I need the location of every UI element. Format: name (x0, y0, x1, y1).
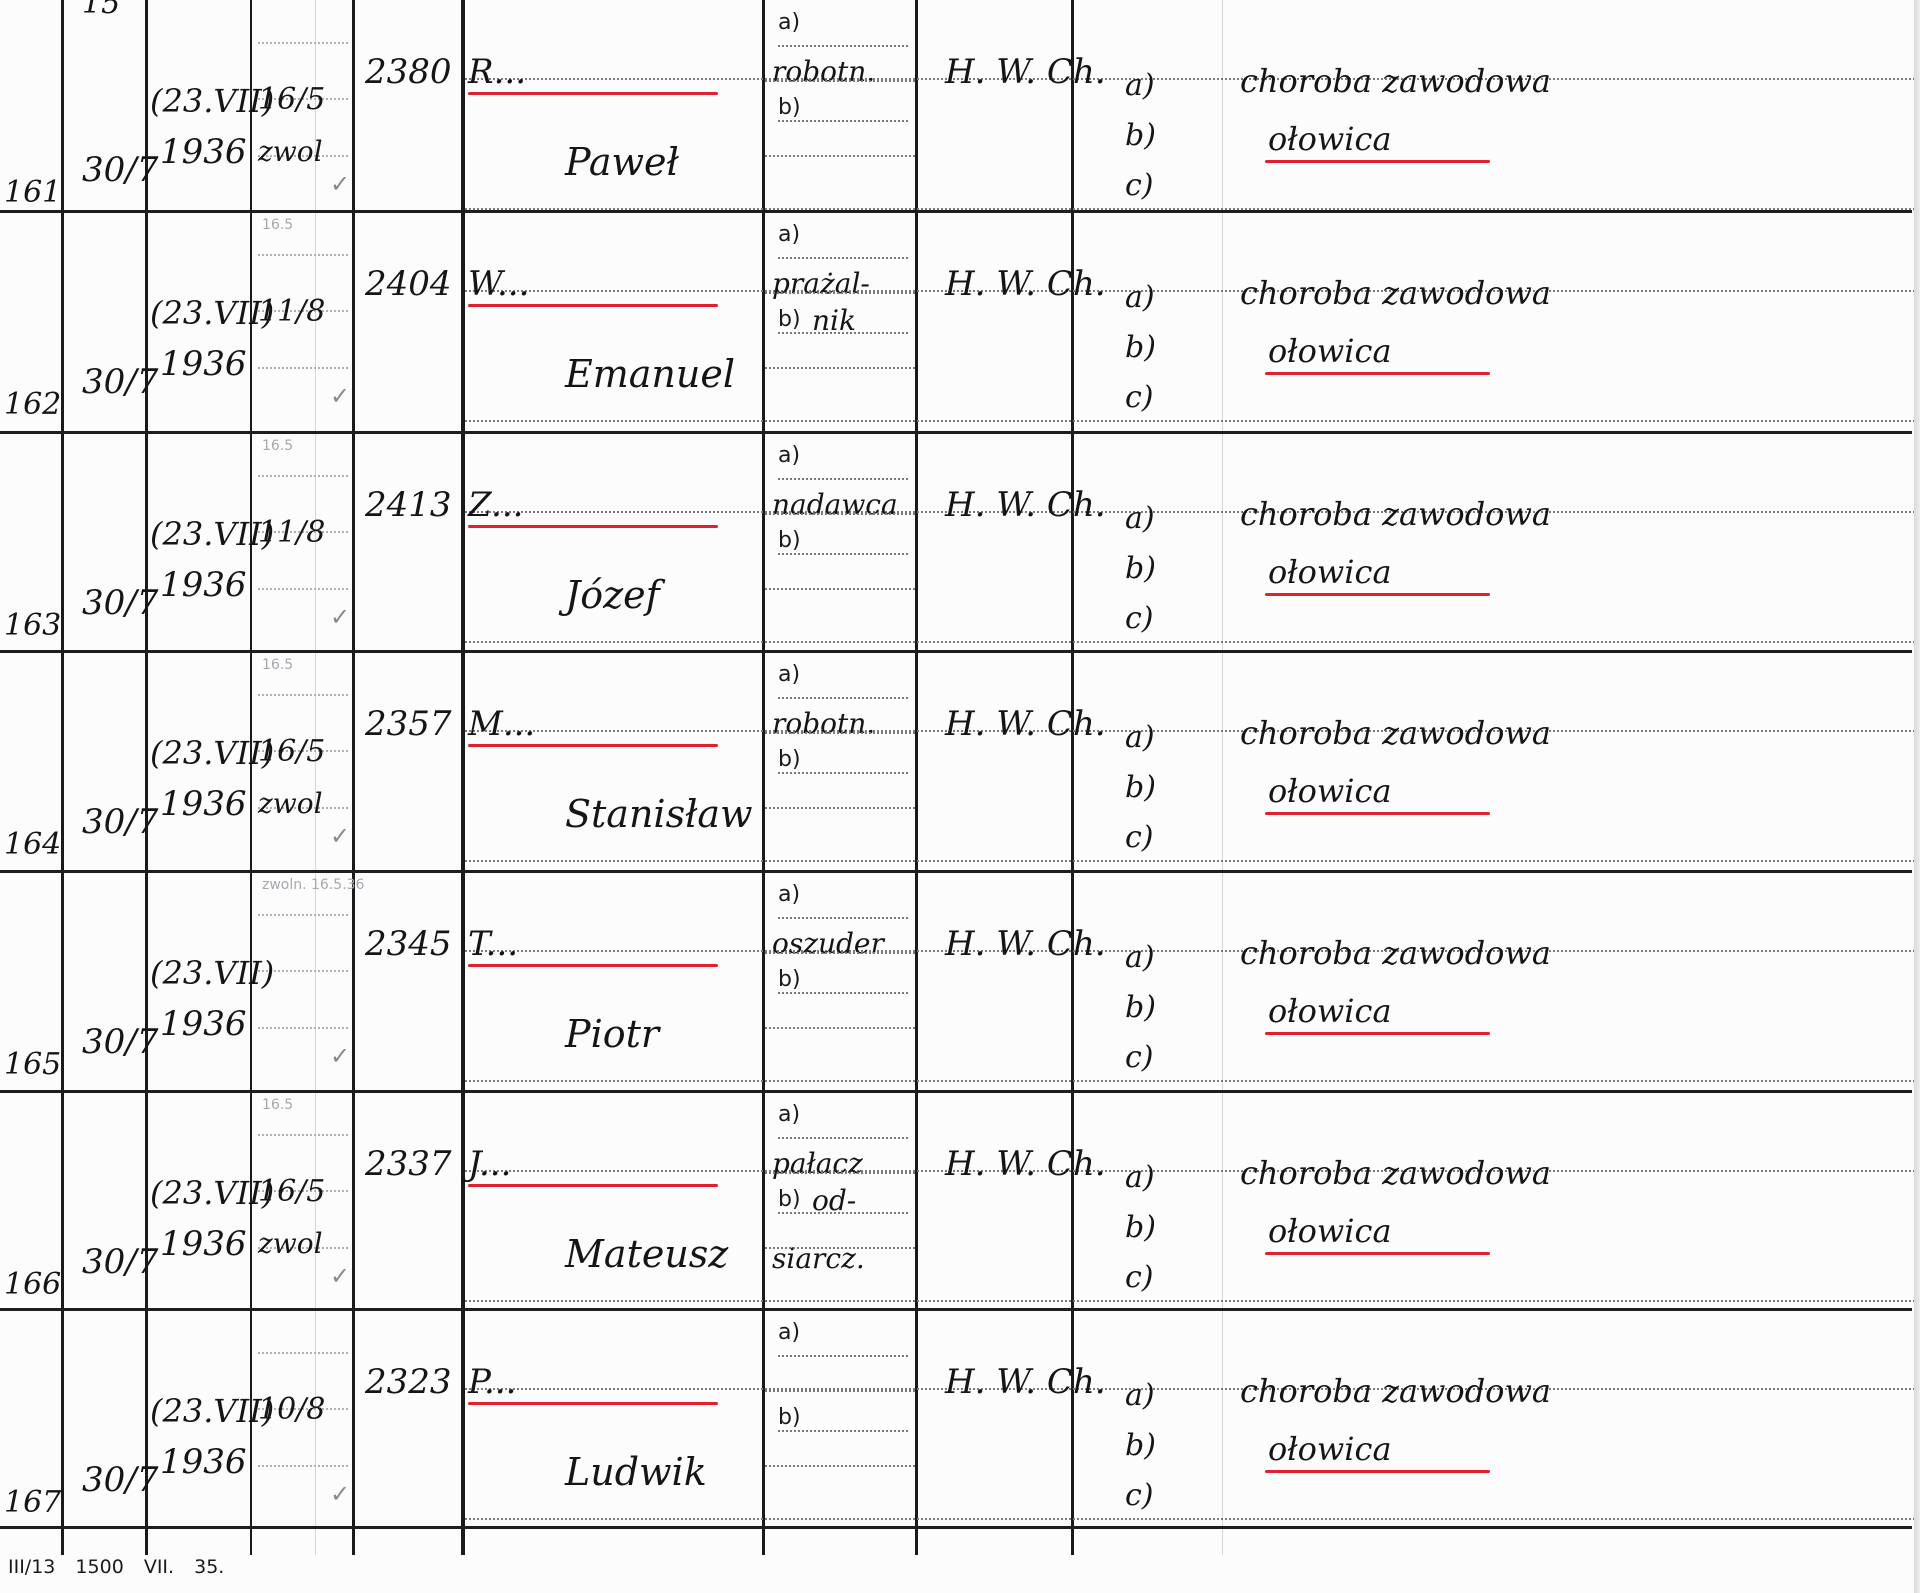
diagnosis-b: ołowica (1268, 1212, 1392, 1250)
surname-redacted: R... (468, 52, 526, 92)
surname-redacted: T... (468, 924, 518, 964)
page-edge (1914, 0, 1920, 1593)
occupation-label-b: b) (778, 967, 801, 992)
examiner-initials: H. W. Ch. (945, 704, 1106, 744)
outcome-date: 11/8 (258, 515, 325, 550)
diagnosis-a: choroba zawodowa (1240, 62, 1551, 100)
row-number: 165 (4, 1047, 61, 1082)
diagnosis-label-b: b) (1125, 551, 1156, 586)
diagnosis-label-a: a) (1125, 280, 1155, 315)
occupation-label-a: a) (778, 443, 800, 468)
dotted-guide (258, 914, 348, 916)
dotted-guide (778, 917, 908, 919)
date-note: (23.VII) (150, 515, 274, 553)
dotted-guide (778, 553, 908, 555)
form-footer-code: III/13 1500 VII. 35. (8, 1556, 224, 1578)
register-number: 2404 (365, 264, 452, 304)
dotted-guide (765, 1465, 915, 1467)
dotted-guide (778, 772, 908, 774)
diagnosis-b: ołowica (1268, 332, 1392, 370)
first-name: Mateusz (565, 1232, 728, 1276)
diagnosis-a: choroba zawodowa (1240, 274, 1551, 312)
occupation-label-a: a) (778, 662, 800, 687)
occupation-label-a: a) (778, 1320, 800, 1345)
diagnosis-label-b: b) (1125, 770, 1156, 805)
occupation: oszuder (772, 927, 884, 960)
red-underline (468, 525, 718, 528)
dotted-guide (778, 697, 908, 699)
surname-redacted: J... (468, 1144, 511, 1184)
date-note: (23.VII) (150, 1174, 274, 1212)
year: 1936 (160, 1004, 247, 1044)
outcome-note: zwol (258, 787, 323, 820)
dotted-guide (465, 1388, 1915, 1390)
diagnosis-a: choroba zawodowa (1240, 495, 1551, 533)
pencil-note: 16.5 (262, 1097, 293, 1113)
dotted-guide (465, 1170, 1915, 1172)
dotted-guide (778, 992, 908, 994)
occupation: nadawca (772, 488, 898, 521)
outcome-note: zwol (258, 1227, 323, 1260)
dotted-guide (465, 730, 1915, 732)
reported-date: 30/7 (82, 362, 158, 402)
check-mark-icon: ✓ (330, 822, 350, 850)
diagnosis-label-b: b) (1125, 118, 1156, 153)
diagnosis-label-a: a) (1125, 68, 1155, 103)
pencil-note: 16.5 (262, 217, 293, 233)
dotted-guide (258, 1465, 348, 1467)
diagnosis-label-c: c) (1125, 168, 1154, 203)
first-name: Ludwik (565, 1450, 707, 1494)
check-mark-icon: ✓ (330, 1480, 350, 1508)
dotted-guide (465, 420, 1915, 422)
dotted-guide (258, 588, 348, 590)
red-underline (468, 304, 718, 307)
register-row: 165 30/7 (23.VII) 1936 zwoln. 16.5.36 ✓ … (0, 872, 1914, 1092)
dotted-guide (465, 641, 1915, 643)
date-note: (23.VII) (150, 294, 274, 332)
first-name: Emanuel (565, 352, 735, 396)
register-row: 166 30/7 (23.VII) 1936 16.5 16/5 zwol ✓ … (0, 1092, 1914, 1310)
dotted-guide (778, 332, 908, 334)
register-page: 15 161 30/7 (23.VII) 1936 16/5 zwol ✓ 23… (0, 0, 1914, 1593)
date-note: (23.VII) (150, 954, 274, 992)
diagnosis-label-b: b) (1125, 1210, 1156, 1245)
dotted-guide (465, 1300, 1915, 1302)
diagnosis-label-a: a) (1125, 940, 1155, 975)
dotted-guide (465, 290, 1915, 292)
surname-redacted: W... (468, 264, 529, 304)
row-number: 166 (4, 1267, 61, 1302)
row-number: 163 (4, 608, 61, 643)
diagnosis-label-c: c) (1125, 1260, 1154, 1295)
register-number: 2323 (365, 1362, 452, 1402)
diagnosis-b: ołowica (1268, 1430, 1392, 1468)
first-name: Stanisław (565, 792, 753, 836)
check-mark-icon: ✓ (330, 603, 350, 631)
examiner-initials: H. W. Ch. (945, 1362, 1106, 1402)
diagnosis-a: choroba zawodowa (1240, 1372, 1551, 1410)
pencil-note: 16.5 (262, 657, 293, 673)
diagnosis-label-a: a) (1125, 1378, 1155, 1413)
outcome-date: 11/8 (258, 294, 325, 329)
diagnosis-b: ołowica (1268, 772, 1392, 810)
register-number: 2357 (365, 704, 452, 744)
year: 1936 (160, 565, 247, 605)
diagnosis-label-b: b) (1125, 1428, 1156, 1463)
red-underline (1265, 1032, 1490, 1035)
occupation-label-b: b) (778, 95, 801, 120)
diagnosis-label-a: a) (1125, 501, 1155, 536)
dotted-guide (258, 1352, 348, 1354)
row-number: 161 (4, 175, 61, 210)
occupation-label-b: b) (778, 1187, 801, 1212)
red-underline (1265, 812, 1490, 815)
diagnosis-label-a: a) (1125, 720, 1155, 755)
dotted-guide (258, 1027, 348, 1029)
red-underline (468, 1402, 718, 1405)
surname-redacted: Z... (468, 485, 523, 525)
dotted-guide (465, 1080, 1915, 1082)
occupation-label-a: a) (778, 882, 800, 907)
date-note: (23.VII) (150, 734, 274, 772)
register-number: 2413 (365, 485, 452, 525)
diagnosis-label-c: c) (1125, 380, 1154, 415)
dotted-guide (465, 1518, 1915, 1520)
dotted-guide (765, 292, 915, 294)
outcome-date: 16/5 (258, 82, 325, 117)
occupation-label-b: b) (778, 747, 801, 772)
red-underline (1265, 1470, 1490, 1473)
diagnosis-label-c: c) (1125, 1478, 1154, 1513)
diagnosis-label-b: b) (1125, 990, 1156, 1025)
year: 1936 (160, 784, 247, 824)
outcome-date: 16/5 (258, 734, 325, 769)
dotted-guide (465, 950, 1915, 952)
red-underline (468, 92, 718, 95)
dotted-guide (258, 694, 348, 696)
year: 1936 (160, 1224, 247, 1264)
dotted-guide (765, 1027, 915, 1029)
dotted-guide (765, 952, 915, 954)
reported-date: 30/7 (82, 1460, 158, 1500)
pencil-note: zwoln. 16.5.36 (262, 877, 364, 893)
red-underline (468, 1184, 718, 1187)
outcome-note: zwol (258, 135, 323, 168)
register-number: 2337 (365, 1144, 452, 1184)
outcome-date: 10/8 (258, 1392, 325, 1427)
dotted-guide (778, 1212, 908, 1214)
diagnosis-a: choroba zawodowa (1240, 714, 1551, 752)
dotted-guide (765, 155, 915, 157)
diagnosis-label-a: a) (1125, 1160, 1155, 1195)
dotted-guide (765, 1390, 915, 1392)
occupation-label-a: a) (778, 10, 800, 35)
dotted-guide (465, 78, 1915, 80)
occupation-label-b: b) (778, 307, 801, 332)
red-underline (1265, 593, 1490, 596)
red-underline (468, 744, 718, 747)
occupation: robotn. (772, 55, 875, 88)
check-mark-icon: ✓ (330, 1042, 350, 1070)
surname-redacted: P... (468, 1362, 516, 1402)
check-mark-icon: ✓ (330, 1262, 350, 1290)
examiner-initials: H. W. Ch. (945, 485, 1106, 525)
check-mark-icon: ✓ (330, 170, 350, 198)
red-underline (468, 964, 718, 967)
red-underline (1265, 372, 1490, 375)
dotted-guide (778, 1137, 908, 1139)
reported-date: 30/7 (82, 1242, 158, 1282)
occupation-label-b: b) (778, 1405, 801, 1430)
occupation: pałacz (772, 1147, 863, 1180)
dotted-guide (465, 208, 1915, 210)
reported-date: 30/7 (82, 1022, 158, 1062)
examiner-initials: H. W. Ch. (945, 924, 1106, 964)
examiner-initials: H. W. Ch. (945, 264, 1106, 304)
date-note: (23.VII) (150, 1392, 274, 1430)
diagnosis-b: ołowica (1268, 553, 1392, 591)
outcome-date: 16/5 (258, 1174, 325, 1209)
dotted-guide (765, 80, 915, 82)
red-underline (1265, 1252, 1490, 1255)
diagnosis-a: choroba zawodowa (1240, 1154, 1551, 1192)
dotted-guide (258, 254, 348, 256)
occupation: robotn. (772, 707, 875, 740)
reported-date: 30/7 (82, 802, 158, 842)
register-number: 2345 (365, 924, 452, 964)
diagnosis-label-c: c) (1125, 601, 1154, 636)
dotted-guide (765, 807, 915, 809)
register-row: 161 30/7 (23.VII) 1936 16/5 zwol ✓ 2380 … (0, 0, 1914, 212)
dotted-guide (258, 475, 348, 477)
dotted-guide (778, 120, 908, 122)
row-number: 164 (4, 827, 61, 862)
dotted-guide (778, 478, 908, 480)
row-divider (0, 1526, 1912, 1529)
dotted-guide (765, 1172, 915, 1174)
occupation-label-a: a) (778, 222, 800, 247)
surname-redacted: M... (468, 704, 535, 744)
dotted-guide (465, 511, 1915, 513)
diagnosis-b: ołowica (1268, 120, 1392, 158)
register-row: 167 30/7 (23.VII) 1936 10/8 ✓ 2323 P... … (0, 1310, 1914, 1528)
first-name: Piotr (565, 1012, 659, 1056)
dotted-guide (258, 1134, 348, 1136)
dotted-guide (465, 860, 1915, 862)
dotted-guide (765, 1247, 915, 1249)
occupation: prażal- (772, 267, 870, 300)
diagnosis-label-c: c) (1125, 820, 1154, 855)
register-row: 163 30/7 (23.VII) 1936 16.5 11/8 ✓ 2413 … (0, 433, 1914, 652)
diagnosis-label-c: c) (1125, 1040, 1154, 1075)
diagnosis-b: ołowica (1268, 992, 1392, 1030)
dotted-guide (778, 1355, 908, 1357)
dotted-guide (765, 732, 915, 734)
year: 1936 (160, 344, 247, 384)
dotted-guide (258, 42, 348, 44)
year: 1936 (160, 132, 247, 172)
dotted-guide (258, 367, 348, 369)
dotted-guide (765, 513, 915, 515)
check-mark-icon: ✓ (330, 382, 350, 410)
red-underline (1265, 160, 1490, 163)
year: 1936 (160, 1442, 247, 1482)
dotted-guide (765, 588, 915, 590)
row-number: 167 (4, 1485, 61, 1520)
pencil-note: 16.5 (262, 438, 293, 454)
register-row: 164 30/7 (23.VII) 1936 16.5 16/5 zwol ✓ … (0, 652, 1914, 872)
date-note: (23.VII) (150, 82, 274, 120)
diagnosis-a: choroba zawodowa (1240, 934, 1551, 972)
reported-date: 30/7 (82, 583, 158, 623)
examiner-initials: H. W. Ch. (945, 1144, 1106, 1184)
first-name: Józef (565, 573, 660, 617)
dotted-guide (778, 257, 908, 259)
dotted-guide (778, 1430, 908, 1432)
register-number: 2380 (365, 52, 452, 92)
reported-date: 30/7 (82, 150, 158, 190)
row-number: 162 (4, 387, 61, 422)
examiner-initials: H. W. Ch. (945, 52, 1106, 92)
dotted-guide (778, 45, 908, 47)
occupation-label-b: b) (778, 528, 801, 553)
first-name: Paweł (565, 140, 679, 184)
diagnosis-label-b: b) (1125, 330, 1156, 365)
occupation-label-a: a) (778, 1102, 800, 1127)
dotted-guide (765, 367, 915, 369)
register-row: 162 30/7 (23.VII) 1936 16.5 11/8 ✓ 2404 … (0, 212, 1914, 433)
